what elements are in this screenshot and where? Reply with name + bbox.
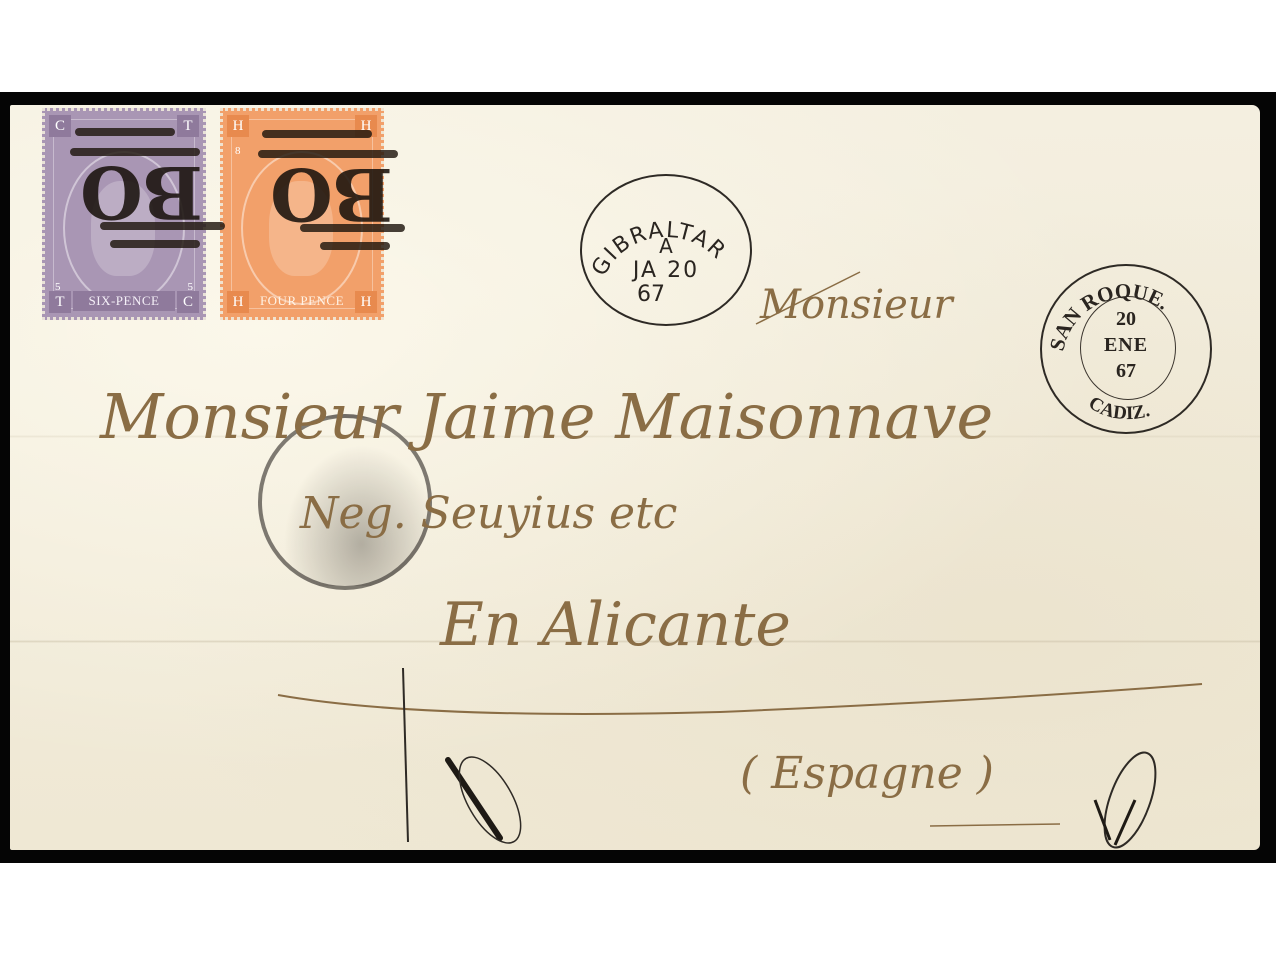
rate-mark-left: 1: [470, 760, 471, 761]
pen-flourishes: [0, 0, 1276, 956]
rate-mark-right: 4: [1100, 780, 1101, 781]
